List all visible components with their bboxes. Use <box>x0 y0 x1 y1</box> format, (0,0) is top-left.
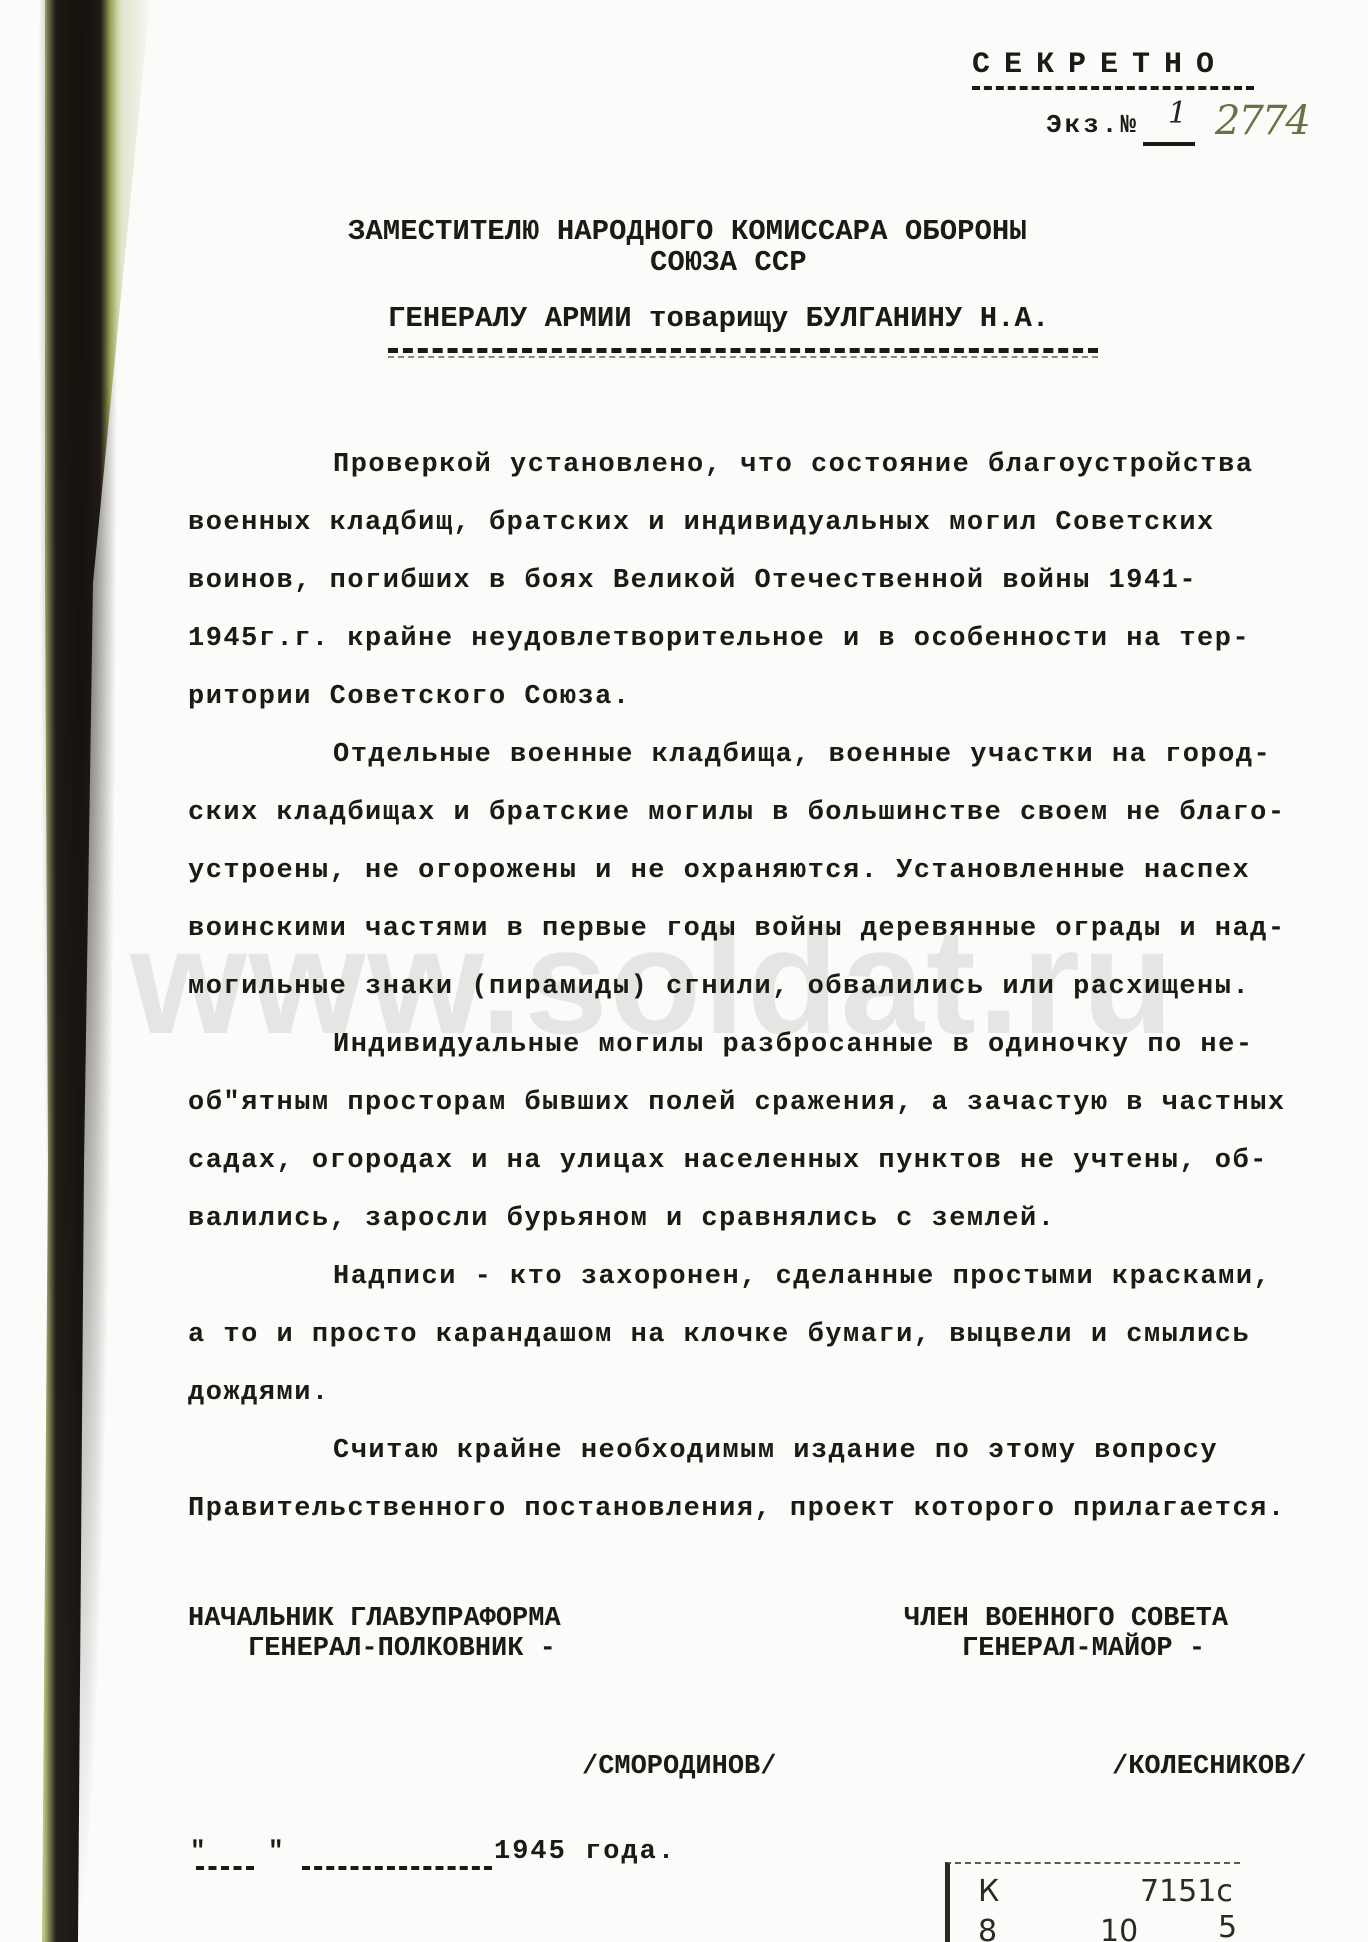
body-line: устроены, не огорожены и не охраняются. … <box>188 856 1250 886</box>
binding-shadow <box>38 0 118 1942</box>
date-day-blank <box>196 1866 254 1870</box>
body-line: садах, огородах и на улицах населенных п… <box>188 1146 1268 1176</box>
date-open-quote: " <box>190 1836 207 1866</box>
stamp-number: 7151с <box>1140 1874 1233 1909</box>
stamp-k: К <box>978 1874 999 1909</box>
handwritten-number: 2774 <box>1215 98 1309 144</box>
body-line: дождями. <box>188 1378 330 1408</box>
copy-number: 1 <box>1168 96 1188 131</box>
body-line: военных кладбищ, братских и индивидуальн… <box>188 508 1215 538</box>
document-page: www.soldat.ru СЕКРЕТНО Экз.№ 1 2774 ЗАМЕ… <box>0 0 1368 1942</box>
body-line: Надписи - кто захоронен, сделанные прост… <box>333 1262 1271 1292</box>
body-line: а то и просто карандашом на клочке бумаг… <box>188 1320 1250 1350</box>
archive-stamp: К 7151с 8 10 5 <box>945 1862 1240 1942</box>
body-line: воинов, погибших в боях Великой Отечеств… <box>188 566 1197 596</box>
copy-number-line <box>1143 142 1195 146</box>
classification-stamp: СЕКРЕТНО <box>972 48 1228 82</box>
signatory-right-rank: ГЕНЕРАЛ-МАЙОР - <box>962 1634 1205 1664</box>
addressee-line-1: ЗАМЕСТИТЕЛЮ НАРОДНОГО КОМИССАРА ОБОРОНЫ <box>348 215 1027 248</box>
body-line: Считаю крайне необходимым издание по это… <box>333 1436 1218 1466</box>
body-line: об"ятным просторам бывших полей сражения… <box>188 1088 1286 1118</box>
copy-label: Экз.№ <box>1046 110 1139 140</box>
body-line: Проверкой установлено, что состояние бла… <box>333 450 1254 480</box>
body-line: ских кладбищах и братские могилы в больш… <box>188 798 1286 828</box>
body-line: Индивидуальные могилы разбросанные в оди… <box>333 1030 1254 1060</box>
body-line: 1945г.г. крайне неудовлетворительное и в… <box>188 624 1250 654</box>
body-line: валились, заросли бурьяном и сравнялись … <box>188 1204 1055 1234</box>
stamp-field-c: 5 <box>1218 1910 1237 1942</box>
body-line: могильные знаки (пирамиды) сгнили, обвал… <box>188 972 1250 1002</box>
addressee-line-2: СОЮЗА ССР <box>650 246 807 279</box>
signatory-left-rank: ГЕНЕРАЛ-ПОЛКОВНИК - <box>248 1634 556 1664</box>
body-line: Отдельные военные кладбища, военные учас… <box>333 740 1271 770</box>
body-line: Правительственного постановления, проект… <box>188 1494 1286 1524</box>
date-year: 1945 года. <box>494 1837 676 1867</box>
addressee-underline-shadow <box>388 356 1098 358</box>
date-month-blank <box>302 1866 492 1870</box>
signatory-right-name: /КОЛЕСНИКОВ/ <box>1112 1752 1306 1782</box>
addressee-line-3: ГЕНЕРАЛУ АРМИИ товарищу БУЛГАНИНУ Н.А. <box>388 302 1049 335</box>
body-line: воинскими частями в первые годы войны де… <box>188 914 1286 944</box>
classification-underline <box>972 86 1254 90</box>
signatory-left-name: /СМОРОДИНОВ/ <box>582 1752 776 1782</box>
stamp-field-b: 10 <box>1100 1914 1138 1942</box>
body-line: ритории Советского Союза. <box>188 682 631 712</box>
signatory-left-title: НАЧАЛЬНИК ГЛАВУПРАФОРМА <box>188 1604 561 1634</box>
addressee-underline <box>388 348 1098 353</box>
stamp-field-a: 8 <box>978 1914 997 1942</box>
signatory-right-title: ЧЛЕН ВОЕННОГО СОВЕТА <box>904 1604 1228 1634</box>
date-close-quote: " <box>268 1836 285 1866</box>
